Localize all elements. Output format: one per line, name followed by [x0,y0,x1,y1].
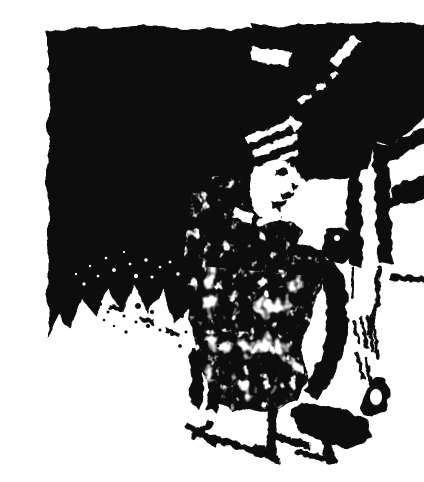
knuckle-highlight [334,235,340,241]
ink-speckle [98,302,102,306]
ground-blob [256,448,266,458]
ink-speckle [157,297,160,300]
paper-speckle [169,261,172,264]
ink-speckle [185,331,188,334]
illustration-canvas [40,16,424,466]
ink-speckle [178,344,182,348]
ink-speckle [168,306,172,310]
paper-speckle [134,274,138,278]
paper-speckle [129,263,132,266]
paper-speckle [89,265,91,267]
paper-speckle [151,276,154,279]
ink-speckle [197,337,200,340]
ink-speckle [107,311,110,314]
ink-speckle [113,325,115,327]
paper-speckle [176,272,179,275]
paper-speckle [97,275,100,278]
ink-speckle [175,289,178,292]
ink-speckle [193,351,196,354]
ink-speckle [190,312,195,317]
ink-speckle [128,290,132,294]
ink-speckle [162,280,167,285]
ink-speckle [124,330,127,333]
paper-speckle [75,273,77,275]
paper-speckle [112,268,116,272]
ink-speckle [135,303,141,309]
ink-speckle [103,319,106,322]
post-drip-thin [352,268,353,297]
ink-speckle [217,345,220,348]
stirrup-loop-hole [370,389,382,405]
ink-speckle [228,336,231,339]
ink-speckle [159,329,162,332]
paper-speckle [159,266,162,269]
ink-speckle [143,285,146,288]
ink-speckle [204,340,208,344]
ink-speckle [114,296,119,301]
ink-illustration [40,16,424,466]
ink-speckle [150,310,154,314]
ink-speckle [146,324,150,328]
ink-speckle [135,321,138,324]
ink-speckle [123,315,126,318]
paper-speckle [123,251,125,253]
paper-speckle [105,257,108,260]
ink-speckle [180,314,184,318]
paper-speckle [144,258,147,261]
paper-speckle [82,282,85,285]
